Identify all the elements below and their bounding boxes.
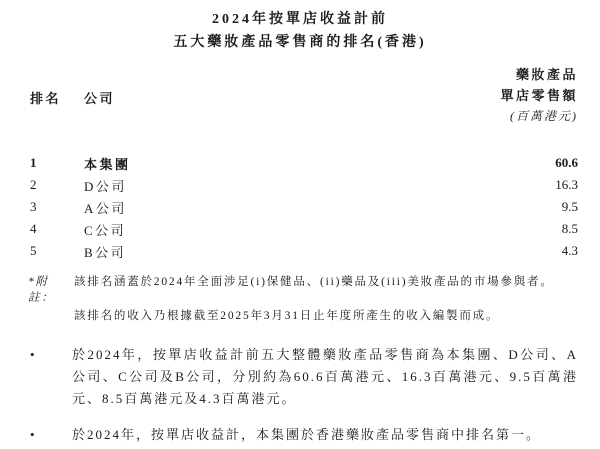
rank-column-header: 排名 bbox=[30, 88, 84, 107]
bullet-item: • 於2024年，按單店收益計，本集團於香港藥妝產品零售商中排名第一。 bbox=[30, 424, 578, 446]
bullet-text: 於2024年，按單店收益計，本集團於香港藥妝產品零售商中排名第一。 bbox=[72, 424, 578, 446]
value-cell: 9.5 bbox=[562, 199, 578, 215]
company-cell: B公司 bbox=[84, 242, 562, 261]
footnote-line-2: 該排名的收入乃根據截至2025年3月31日止年度所產生的收入編製而成。 bbox=[74, 308, 578, 324]
value-cell: 4.3 bbox=[562, 243, 578, 259]
footnote-text-1: 該排名涵蓋於2024年全面涉足(i)保健品、(ii)藥品及(iii)美妝產品的市… bbox=[74, 274, 578, 306]
rank-cell: 4 bbox=[30, 221, 84, 237]
table-row: 4 C公司 8.5 bbox=[30, 218, 578, 240]
rank-cell: 5 bbox=[30, 243, 84, 259]
bullet-item: • 於2024年，按單店收益計前五大整體藥妝產品零售商為本集團、D公司、A公司、… bbox=[30, 344, 578, 410]
document-page: 2024年按單店收益計前 五大藥妝產品零售商的排名(香港) 藥妝產品 單店零售額… bbox=[0, 0, 600, 449]
footnote-marker: *附註： bbox=[28, 274, 74, 306]
rank-cell: 1 bbox=[30, 155, 84, 171]
table-row: 3 A公司 9.5 bbox=[30, 196, 578, 218]
company-cell: C公司 bbox=[84, 220, 562, 239]
title-line-2: 五大藥妝產品零售商的排名(香港) bbox=[0, 31, 600, 54]
table-row: 1 本集團 60.6 bbox=[30, 152, 578, 174]
table-row: 2 D公司 16.3 bbox=[30, 174, 578, 196]
footnote-line-1: *附註： 該排名涵蓋於2024年全面涉足(i)保健品、(ii)藥品及(iii)美… bbox=[28, 274, 578, 306]
table-column-headers: 排名公司 bbox=[30, 88, 115, 107]
value-cell: 8.5 bbox=[562, 221, 578, 237]
value-header-line-1: 藥妝產品 bbox=[500, 64, 578, 85]
value-cell: 60.6 bbox=[555, 155, 578, 171]
company-cell: D公司 bbox=[84, 176, 555, 195]
bullet-text: 於2024年，按單店收益計前五大整體藥妝產品零售商為本集團、D公司、A公司、C公… bbox=[72, 344, 578, 410]
company-column-header: 公司 bbox=[84, 91, 115, 106]
company-cell: 本集團 bbox=[84, 154, 555, 173]
table-row: 5 B公司 4.3 bbox=[30, 240, 578, 262]
bullet-icon: • bbox=[30, 344, 72, 410]
company-cell: A公司 bbox=[84, 198, 562, 217]
value-header-line-2: 單店零售額 bbox=[500, 85, 578, 106]
title-line-1: 2024年按單店收益計前 bbox=[0, 8, 600, 31]
value-column-header: 藥妝產品 單店零售額 (百萬港元) bbox=[500, 64, 578, 127]
rank-cell: 2 bbox=[30, 177, 84, 193]
value-header-unit: (百萬港元) bbox=[500, 106, 578, 127]
value-cell: 16.3 bbox=[555, 177, 578, 193]
ranking-table-body: 1 本集團 60.6 2 D公司 16.3 3 A公司 9.5 4 C公司 8.… bbox=[30, 152, 578, 262]
bullet-icon: • bbox=[30, 424, 72, 446]
document-title: 2024年按單店收益計前 五大藥妝產品零售商的排名(香港) bbox=[0, 8, 600, 54]
rank-cell: 3 bbox=[30, 199, 84, 215]
